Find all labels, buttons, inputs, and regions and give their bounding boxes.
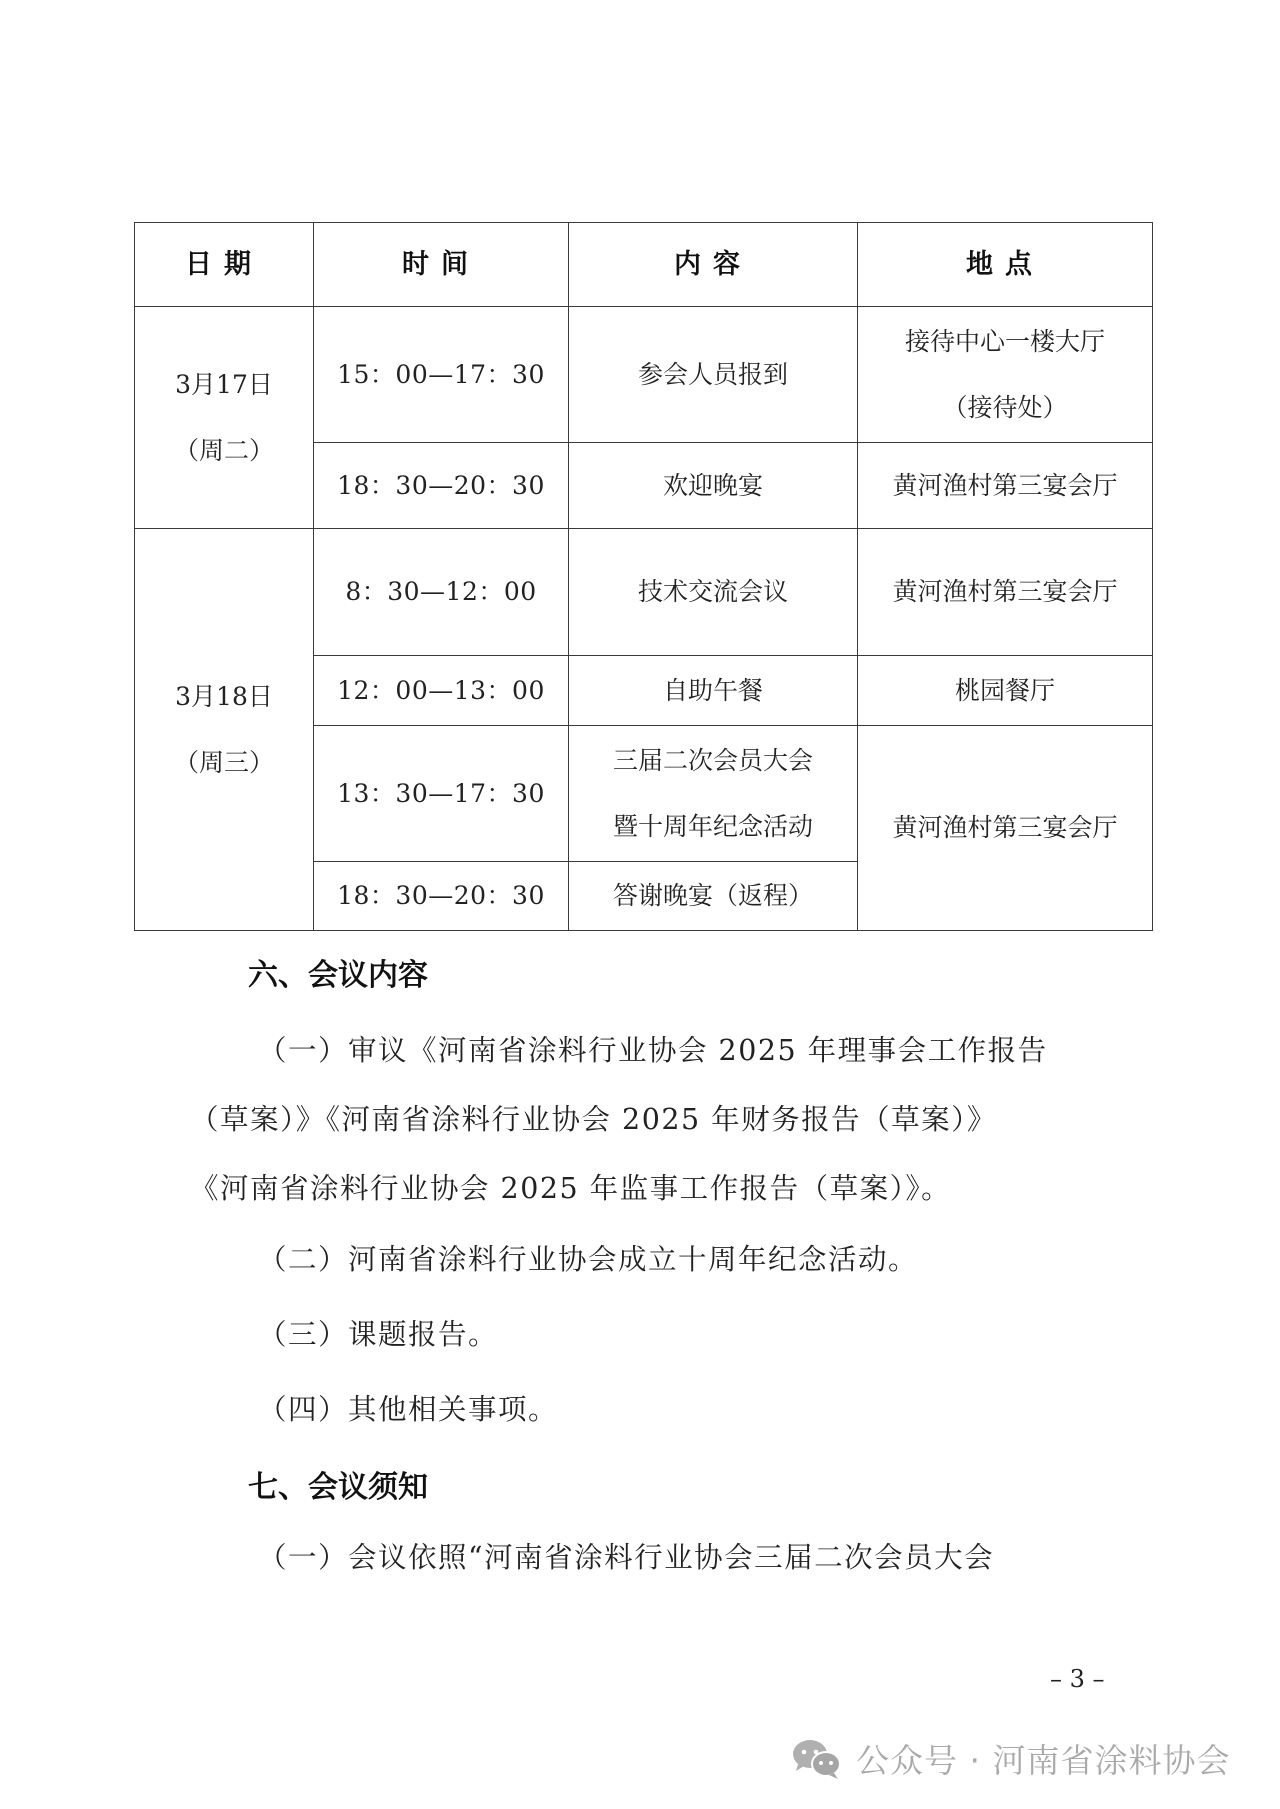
location-line: 接待中心一楼大厅 [858, 309, 1152, 375]
date-text: 3月18日 [135, 664, 313, 730]
content-cell: 三届二次会员大会 暨十周年纪念活动 [569, 726, 858, 862]
time-cell: 15：00—17：30 [314, 307, 569, 443]
date-cell: 3月17日 （周二） [135, 307, 314, 529]
time-cell: 18：30—20：30 [314, 443, 569, 529]
header-location: 地点 [858, 223, 1153, 307]
watermark-text: 公众号 · 河南省涂料协会 [856, 1735, 1230, 1782]
weekday-text: （周二） [135, 418, 313, 484]
location-line: （接待处） [858, 375, 1152, 441]
content-line: 暨十周年纪念活动 [569, 794, 857, 860]
paragraph-item-2: （二）河南省涂料行业协会成立十周年纪念活动。 [258, 1237, 918, 1278]
content-cell: 欢迎晚宴 [569, 443, 858, 529]
table-row: 3月17日 （周二） 15：00—17：30 参会人员报到 接待中心一楼大厅 （… [135, 307, 1153, 443]
content-cell: 参会人员报到 [569, 307, 858, 443]
paragraph-notice-1: （一）会议依照“河南省涂料行业协会三届二次会员大会 [258, 1535, 994, 1576]
time-cell: 13：30—17：30 [314, 726, 569, 862]
schedule-table: 日期 时间 内容 地点 3月17日 （周二） 15：00—17：30 参会人员报… [134, 222, 1153, 931]
time-cell: 18：30—20：30 [314, 862, 569, 931]
paragraph-item-1-line-3: 《河南省涂料行业协会 2025 年监事工作报告（草案）》。 [190, 1166, 951, 1207]
paragraph-item-1-line-2: （草案）》《河南省涂料行业协会 2025 年财务报告（草案）》 [190, 1097, 997, 1138]
document-page: 日期 时间 内容 地点 3月17日 （周二） 15：00—17：30 参会人员报… [0, 0, 1280, 1809]
time-cell: 12：00—13：00 [314, 656, 569, 726]
location-cell: 黄河渔村第三宴会厅 [858, 443, 1153, 529]
paragraph-item-4: （四）其他相关事项。 [258, 1387, 558, 1428]
header-time: 时间 [314, 223, 569, 307]
location-cell: 接待中心一楼大厅 （接待处） [858, 307, 1153, 443]
section-heading-meeting-content: 六、会议内容 [248, 950, 428, 994]
paragraph-item-3: （三）课题报告。 [258, 1312, 498, 1353]
page-number: – 3 – [1050, 1665, 1105, 1693]
paragraph-item-1-line-1: （一）审议《河南省涂料行业协会 2025 年理事会工作报告 [258, 1028, 1048, 1069]
location-cell: 桃园餐厅 [858, 656, 1153, 726]
content-cell: 自助午餐 [569, 656, 858, 726]
weekday-text: （周三） [135, 730, 313, 796]
location-cell: 黄河渔村第三宴会厅 [858, 726, 1153, 931]
watermark: 公众号 · 河南省涂料协会 [788, 1735, 1230, 1782]
wechat-icon [788, 1737, 848, 1781]
date-cell: 3月18日 （周三） [135, 529, 314, 931]
time-cell: 8：30—12：00 [314, 529, 569, 656]
header-content: 内容 [569, 223, 858, 307]
table-row: 3月18日 （周三） 8：30—12：00 技术交流会议 黄河渔村第三宴会厅 [135, 529, 1153, 656]
location-cell: 黄河渔村第三宴会厅 [858, 529, 1153, 656]
content-line: 三届二次会员大会 [569, 728, 857, 794]
content-cell: 技术交流会议 [569, 529, 858, 656]
table-header-row: 日期 时间 内容 地点 [135, 223, 1153, 307]
content-cell: 答谢晚宴（返程） [569, 862, 858, 931]
date-text: 3月17日 [135, 352, 313, 418]
header-date: 日期 [135, 223, 314, 307]
section-heading-meeting-notice: 七、会议须知 [248, 1462, 428, 1506]
